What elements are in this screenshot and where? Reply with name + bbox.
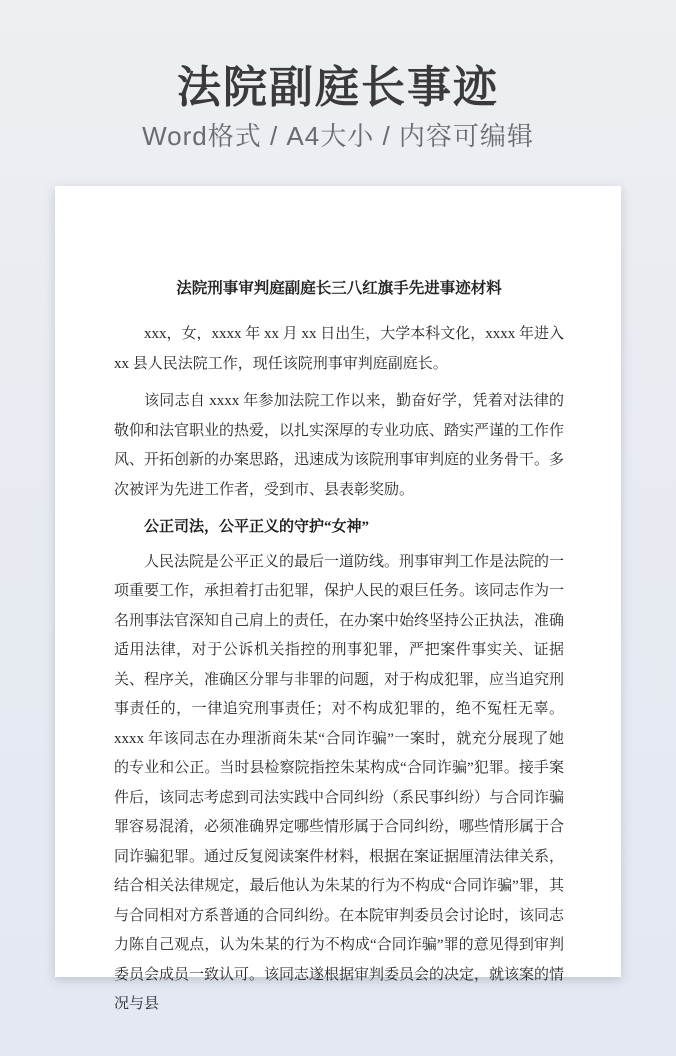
- section-heading: 公正司法，公平正义的守护“女神”: [114, 513, 564, 543]
- doc-paragraph-intro: xxx，女，xxxx 年 xx 月 xx 日出生，大学本科文化，xxxx 年进入…: [114, 320, 564, 379]
- doc-paragraph-section-body: 人民法院是公平正义的最后一道防线。刑事审判工作是法院的一项重要工作，承担着打击犯…: [114, 548, 564, 1020]
- document-page: 法院刑事审判庭副庭长三八红旗手先进事迹材料 xxx，女，xxxx 年 xx 月 …: [55, 186, 621, 977]
- header: 法院副庭长事迹 Word格式 / A4大小 / 内容可编辑: [0, 0, 676, 151]
- doc-paragraph-background: 该同志自 xxxx 年参加法院工作以来，勤奋好学，凭着对法律的敬仰和法官职业的热…: [114, 387, 564, 505]
- document-title: 法院刑事审判庭副庭长三八红旗手先进事迹材料: [114, 278, 564, 299]
- page-title: 法院副庭长事迹: [0, 62, 676, 114]
- page-subtitle: Word格式 / A4大小 / 内容可编辑: [0, 121, 676, 151]
- template-preview: 法院副庭长事迹 Word格式 / A4大小 / 内容可编辑 法院刑事审判庭副庭长…: [0, 0, 676, 1056]
